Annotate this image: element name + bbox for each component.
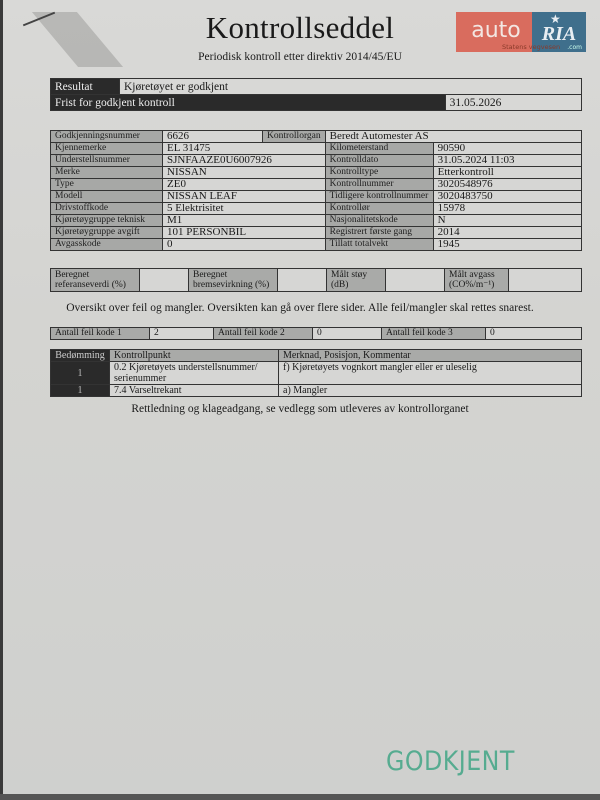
row-label: Kjøretøygruppe teknisk bbox=[51, 215, 163, 227]
row-value: 2014 bbox=[433, 227, 581, 239]
fault-grade: 1 bbox=[51, 385, 110, 397]
row-label: Kjøretøygruppe avgift bbox=[51, 227, 163, 239]
error-count-value: 0 bbox=[313, 328, 382, 340]
measurement-value bbox=[386, 269, 445, 292]
vehicle-row: Avgasskode 0 Tillatt totalvekt 1945 bbox=[51, 239, 582, 251]
measurement-value bbox=[278, 269, 327, 292]
deadline-value: 31.05.2026 bbox=[445, 95, 581, 111]
row-label: Tillatt totalvekt bbox=[325, 239, 433, 251]
row-value: 31.05.2024 11:03 bbox=[433, 155, 581, 167]
star-icon: ★ bbox=[550, 12, 561, 27]
page-bottom-edge bbox=[0, 794, 600, 800]
watermark-logo: auto RIA ★ .com Statens vegvesen bbox=[456, 12, 586, 52]
row-value: M1 bbox=[163, 215, 326, 227]
result-box: Resultat Kjøretøyet er godkjent Frist fo… bbox=[50, 78, 582, 111]
approval-number-label: Godkjenningsnummer bbox=[51, 131, 163, 143]
row-value: 101 PERSONBIL bbox=[163, 227, 326, 239]
measurement-label: Beregnetbremsevirkning (%) bbox=[189, 269, 278, 292]
fault-point: 7.4 Varseltrekant bbox=[110, 385, 279, 397]
error-count-label: Antall feil kode 3 bbox=[382, 328, 486, 340]
row-label: Nasjonalitetskode bbox=[325, 215, 433, 227]
row-label: Tidligere kontrollnummer bbox=[325, 191, 433, 203]
row-label: Kontrolltype bbox=[325, 167, 433, 179]
vehicle-row: Modell NISSAN LEAF Tidligere kontrollnum… bbox=[51, 191, 582, 203]
row-label: Understellsnummer bbox=[51, 155, 163, 167]
error-count-value: 0 bbox=[486, 328, 582, 340]
fault-grade: 1 bbox=[51, 362, 110, 385]
row-label: Kontrolldato bbox=[325, 155, 433, 167]
row-value: ZE0 bbox=[163, 179, 326, 191]
row-value: EL 31475 bbox=[163, 143, 326, 155]
row-label: Kontrollør bbox=[325, 203, 433, 215]
measurement-value bbox=[140, 269, 189, 292]
row-label: Kontrollnummer bbox=[325, 179, 433, 191]
row-value: N bbox=[433, 215, 581, 227]
row-value: 5 Elektrisitet bbox=[163, 203, 326, 215]
row-value: 0 bbox=[163, 239, 326, 251]
result-value: Kjøretøyet er godkjent bbox=[120, 79, 582, 95]
guidance-text: Rettledning og klageadgang, se vedlegg s… bbox=[0, 403, 600, 415]
error-count-label: Antall feil kode 1 bbox=[51, 328, 150, 340]
error-count-table: Antall feil kode 1 2 Antall feil kode 2 … bbox=[50, 327, 582, 340]
vehicle-row: Kjøretøygruppe avgift 101 PERSONBIL Regi… bbox=[51, 227, 582, 239]
measurement-label: Målt støy(dB) bbox=[327, 269, 386, 292]
row-label: Modell bbox=[51, 191, 163, 203]
row-value: 90590 bbox=[433, 143, 581, 155]
vehicle-row: Drivstoffkode 5 Elektrisitet Kontrollør … bbox=[51, 203, 582, 215]
vehicle-row: Kjennemerke EL 31475 Kilometerstand 9059… bbox=[51, 143, 582, 155]
row-label: Type bbox=[51, 179, 163, 191]
fault-row: 1 0.2 Kjøretøyets understellsnummer/seri… bbox=[51, 362, 582, 385]
row-value: 3020548976 bbox=[433, 179, 581, 191]
document-subtitle: Periodisk kontroll etter direktiv 2014/4… bbox=[0, 51, 600, 63]
fault-row: 1 7.4 Varseltrekant a) Mangler bbox=[51, 385, 582, 397]
header-point: Kontrollpunkt bbox=[110, 350, 279, 362]
row-value: 1945 bbox=[433, 239, 581, 251]
fault-comment: a) Mangler bbox=[279, 385, 582, 397]
header-grade: Bedømming bbox=[51, 350, 110, 362]
vehicle-table: Godkjenningsnummer 6626 Kontrollorgan Be… bbox=[50, 130, 582, 251]
row-label: Registrert første gang bbox=[325, 227, 433, 239]
vehicle-row: Merke NISSAN Kontrolltype Etterkontroll bbox=[51, 167, 582, 179]
error-count-value: 2 bbox=[150, 328, 214, 340]
vehicle-row: Type ZE0 Kontrollnummer 3020548976 bbox=[51, 179, 582, 191]
inspection-body-label: Kontrollorgan bbox=[263, 131, 326, 143]
error-count-label: Antall feil kode 2 bbox=[214, 328, 313, 340]
row-label: Drivstoffkode bbox=[51, 203, 163, 215]
row-label: Kjennemerke bbox=[51, 143, 163, 155]
row-value: Etterkontroll bbox=[433, 167, 581, 179]
measurement-value bbox=[509, 269, 582, 292]
watermark-suffix: .com bbox=[567, 44, 582, 51]
row-label: Kilometerstand bbox=[325, 143, 433, 155]
fault-comment: f) Kjøretøyets vognkort mangler eller er… bbox=[279, 362, 582, 385]
row-value: 3020483750 bbox=[433, 191, 581, 203]
row-value: 15978 bbox=[433, 203, 581, 215]
row-value: NISSAN LEAF bbox=[163, 191, 326, 203]
fault-point: 0.2 Kjøretøyets understellsnummer/serien… bbox=[110, 362, 279, 385]
vehicle-row: Understellsnummer SJNFAAZE0U6007926 Kont… bbox=[51, 155, 582, 167]
measurement-label: Målt avgass(CO%/m⁻¹) bbox=[445, 269, 509, 292]
row-value: NISSAN bbox=[163, 167, 326, 179]
measurement-label: Beregnetreferanseverdi (%) bbox=[51, 269, 140, 292]
watermark-under-text: Statens vegvesen bbox=[502, 43, 560, 51]
deadline-label: Frist for godkjent kontroll bbox=[51, 95, 446, 111]
header-comment: Merknad, Posisjon, Kommentar bbox=[279, 350, 582, 362]
row-value: SJNFAAZE0U6007926 bbox=[163, 155, 326, 167]
approved-stamp: GODKJENT bbox=[386, 746, 515, 777]
approval-number-value: 6626 bbox=[163, 131, 263, 143]
inspection-body-value: Beredt Automester AS bbox=[325, 131, 581, 143]
faults-table: Bedømming Kontrollpunkt Merknad, Posisjo… bbox=[50, 349, 582, 397]
row-label: Avgasskode bbox=[51, 239, 163, 251]
measurements-table: Beregnetreferanseverdi (%) Beregnetbrems… bbox=[50, 268, 582, 292]
overview-text: Oversikt over feil og mangler. Oversikte… bbox=[0, 302, 600, 314]
row-label: Merke bbox=[51, 167, 163, 179]
vehicle-row: Kjøretøygruppe teknisk M1 Nasjonalitetsk… bbox=[51, 215, 582, 227]
page-edge bbox=[0, 0, 3, 800]
result-label: Resultat bbox=[51, 79, 120, 95]
